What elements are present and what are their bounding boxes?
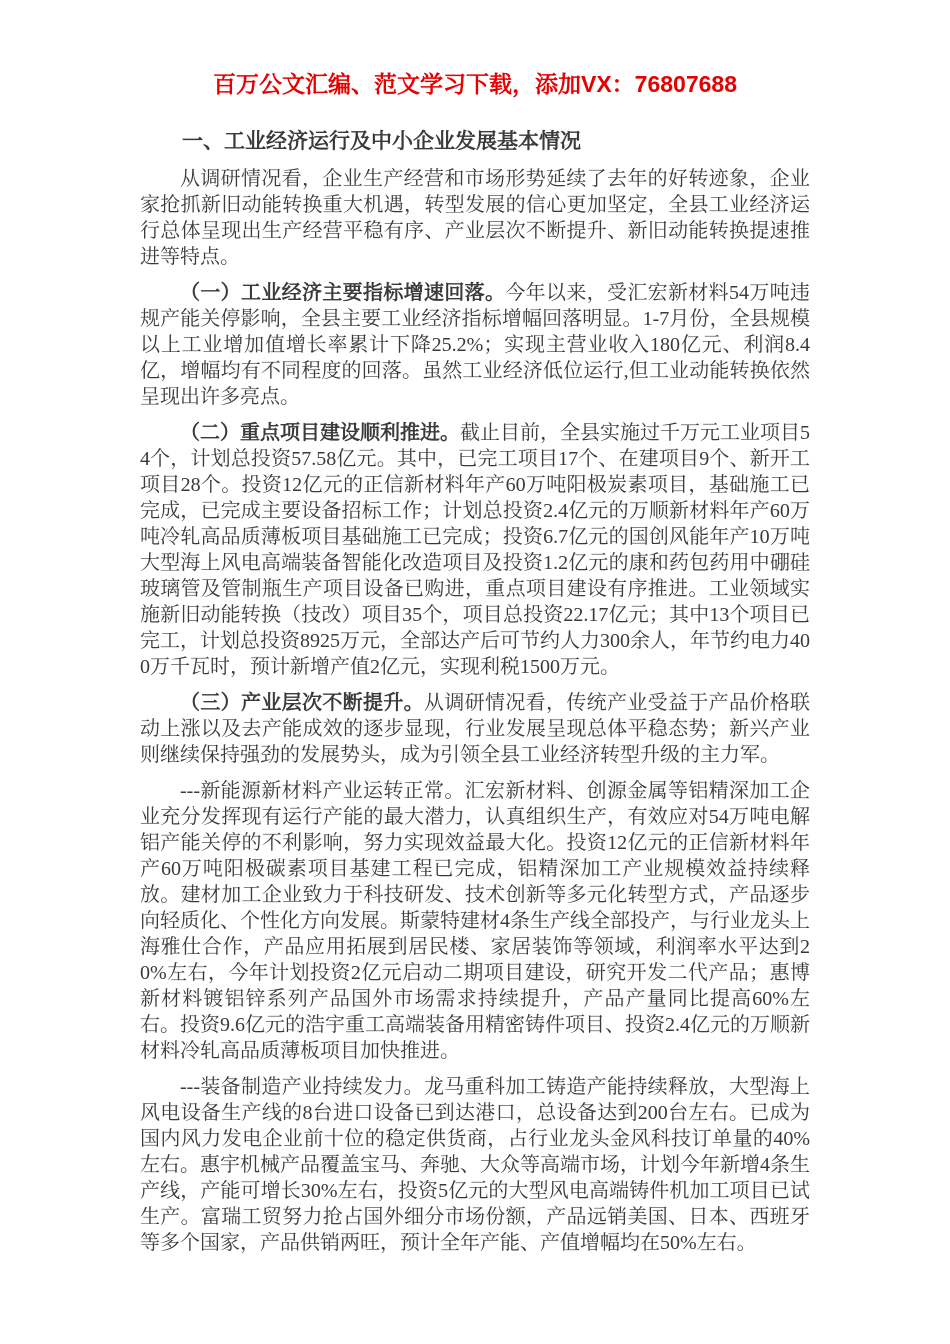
paragraph-lead: （二）重点项目建设顺利推进。: [180, 422, 460, 444]
paragraph-lead: （三）产业层次不断提升。: [180, 692, 424, 714]
paragraph-key-projects: （二）重点项目建设顺利推进。截止目前，全县实施过千万元工业项目54个，计划总投资…: [140, 420, 810, 680]
paragraph-text: ---装备制造产业持续发力。龙马重科加工铸造产能持续释放，大型海上风电设备生产线…: [140, 1076, 810, 1254]
paragraph-text: 从调研情况看，企业生产经营和市场形势延续了去年的好转迹象，企业家抢抓新旧动能转换…: [140, 168, 810, 268]
paragraph-new-energy-materials: ---新能源新材料产业运转正常。汇宏新材料、创源金属等铝精深加工企业充分发挥现有…: [140, 778, 810, 1064]
promo-header-text: 百万公文汇编、范文学习下载，添加VX：76807688: [140, 70, 810, 98]
paragraph-text: ---新能源新材料产业运转正常。汇宏新材料、创源金属等铝精深加工企业充分发挥现有…: [140, 780, 810, 1062]
paragraph-intro: 从调研情况看，企业生产经营和市场形势延续了去年的好转迹象，企业家抢抓新旧动能转换…: [140, 166, 810, 270]
paragraph-indicators: （一）工业经济主要指标增速回落。今年以来，受汇宏新材料54万吨违规产能关停影响，…: [140, 280, 810, 410]
paragraph-text: 截止目前，全县实施过千万元工业项目54个，计划总投资57.58亿元。其中，已完工…: [140, 422, 810, 678]
section-heading: 一、工业经济运行及中小企业发展基本情况: [140, 128, 810, 156]
paragraph-industry-upgrade: （三）产业层次不断提升。从调研情况看，传统产业受益于产品价格联动上涨以及去产能成…: [140, 690, 810, 768]
document-page: 百万公文汇编、范文学习下载，添加VX：76807688 一、工业经济运行及中小企…: [0, 0, 950, 1344]
paragraph-lead: （一）工业经济主要指标增速回落。: [180, 282, 505, 304]
paragraph-equipment-manufacturing: ---装备制造产业持续发力。龙马重科加工铸造产能持续释放，大型海上风电设备生产线…: [140, 1074, 810, 1256]
